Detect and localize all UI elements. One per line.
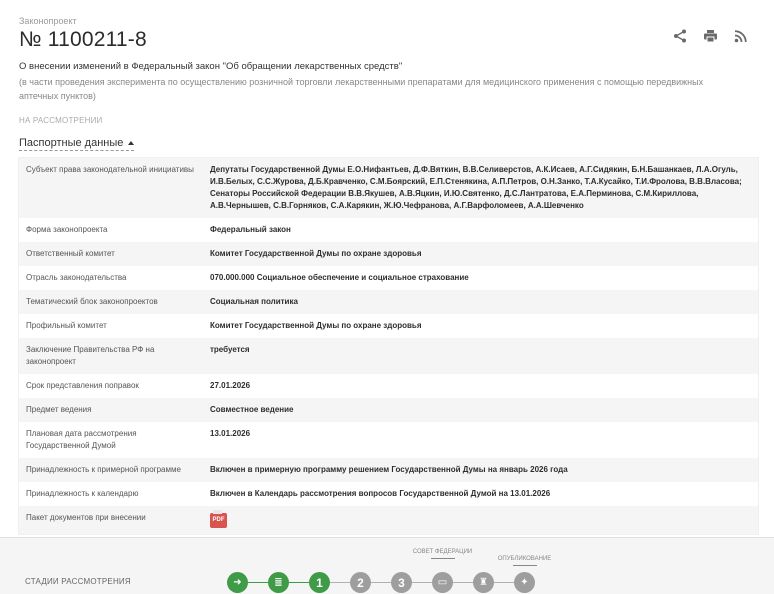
table-row: Плановая дата рассмотрения Государственн… xyxy=(19,422,758,458)
passport-table: Субъект права законодательной инициативы… xyxy=(18,157,759,535)
row-value: 070.000.000 Социальное обеспечение и соц… xyxy=(202,266,758,290)
row-value: Комитет Государственной Думы по охране з… xyxy=(202,314,758,338)
stage-connector xyxy=(330,582,350,583)
stages-label: СТАДИИ РАССМОТРЕНИЯ xyxy=(25,577,131,586)
row-label: Заключение Правительства РФ на законопро… xyxy=(19,338,202,374)
stage-caption-underline xyxy=(431,558,455,559)
document-list-icon[interactable]: ≣ xyxy=(268,572,289,593)
stage-connector xyxy=(371,582,391,583)
pdf-icon[interactable]: PDF xyxy=(210,513,227,528)
caret-up-icon xyxy=(128,141,134,145)
row-label: Пакет документов при внесении xyxy=(19,506,202,534)
arrow-right-icon[interactable]: ➜ xyxy=(227,572,248,593)
row-label: Форма законопроекта xyxy=(19,218,202,242)
table-row: Принадлежность к примерной программеВклю… xyxy=(19,458,758,482)
row-label: Принадлежность к календарю xyxy=(19,482,202,506)
stage-node-stage-2[interactable]: 2 xyxy=(350,572,371,593)
stage-connector xyxy=(412,582,432,583)
stage-caption-underline xyxy=(513,565,537,566)
passport-data-toggle[interactable]: Паспортные данные xyxy=(19,137,134,151)
stage-node-stage-3[interactable]: 3 xyxy=(391,572,412,593)
row-label: Плановая дата рассмотрения Государственн… xyxy=(19,422,202,458)
stage-caption-text: ОПУБЛИКОВАНИЕ xyxy=(498,556,552,562)
table-row: Пакет документов при внесенииPDF xyxy=(19,506,758,534)
table-row: Срок представления поправок27.01.2026 xyxy=(19,374,758,398)
bill-number: № 1100211-8 xyxy=(19,28,755,52)
table-row: Профильный комитетКомитет Государственно… xyxy=(19,314,758,338)
stage-caption: ОПУБЛИКОВАНИЕ xyxy=(494,555,555,566)
federation-council-icon[interactable]: ▭ xyxy=(432,572,453,593)
row-label: Срок представления поправок xyxy=(19,374,202,398)
row-label: Принадлежность к примерной программе xyxy=(19,458,202,482)
table-row: Отрасль законодательства070.000.000 Соци… xyxy=(19,266,758,290)
table-row: Субъект права законодательной инициативы… xyxy=(19,158,758,218)
stage-connector xyxy=(453,582,473,583)
print-icon[interactable] xyxy=(702,28,718,44)
table-row: Тематический блок законопроектовСоциальн… xyxy=(19,290,758,314)
stage-caption-text: СОВЕТ ФЕДЕРАЦИИ xyxy=(413,549,473,555)
row-value: Социальная политика xyxy=(202,290,758,314)
stage-node-stage-1[interactable]: 1 xyxy=(309,572,330,593)
kremlin-icon[interactable]: ♜ xyxy=(473,572,494,593)
row-label: Тематический блок законопроектов xyxy=(19,290,202,314)
stage-connector xyxy=(248,582,268,583)
table-row: Заключение Правительства РФ на законопро… xyxy=(19,338,758,374)
table-row: Ответственный комитетКомитет Государстве… xyxy=(19,242,758,266)
table-row: Принадлежность к календарюВключен в Кале… xyxy=(19,482,758,506)
bill-title: О внесении изменений в Федеральный закон… xyxy=(19,61,744,72)
row-value: требуется xyxy=(202,338,758,374)
row-value: 13.01.2026 xyxy=(202,422,758,458)
rss-icon[interactable] xyxy=(732,28,748,44)
row-value: Совместное ведение xyxy=(202,398,758,422)
row-value: Включен в Календарь рассмотрения вопросо… xyxy=(202,482,758,506)
bill-subtitle: (в части проведения эксперимента по осущ… xyxy=(19,75,734,103)
row-label: Ответственный комитет xyxy=(19,242,202,266)
row-label: Субъект права законодательной инициативы xyxy=(19,158,202,218)
row-value: Комитет Государственной Думы по охране з… xyxy=(202,242,758,266)
row-value: Депутаты Государственной Думы Е.О.Нифант… xyxy=(202,158,758,218)
share-icon[interactable] xyxy=(672,28,688,44)
stage-connector xyxy=(289,582,309,583)
row-value: Включен в примерную программу решением Г… xyxy=(202,458,758,482)
table-row: Форма законопроектаФедеральный закон xyxy=(19,218,758,242)
row-label: Предмет ведения xyxy=(19,398,202,422)
row-value: PDF xyxy=(202,506,758,534)
bill-actions xyxy=(672,28,748,44)
bill-header: Законопроект № 1100211-8 xyxy=(19,16,755,52)
row-value: 27.01.2026 xyxy=(202,374,758,398)
passport-data-label: Паспортные данные xyxy=(19,137,123,149)
stages-bar: СТАДИИ РАССМОТРЕНИЯ ➜≣123▭СОВЕТ ФЕДЕРАЦИ… xyxy=(0,537,774,594)
row-label: Отрасль законодательства xyxy=(19,266,202,290)
bill-kicker: Законопроект xyxy=(19,16,755,26)
row-value: Федеральный закон xyxy=(202,218,758,242)
row-label: Профильный комитет xyxy=(19,314,202,338)
stage-connector xyxy=(494,582,514,583)
stage-caption: СОВЕТ ФЕДЕРАЦИИ xyxy=(412,548,473,559)
table-row: Предмет веденияСовместное ведение xyxy=(19,398,758,422)
emblem-icon[interactable]: ✦ xyxy=(514,572,535,593)
status-badge: НА РАССМОТРЕНИИ xyxy=(19,116,102,125)
